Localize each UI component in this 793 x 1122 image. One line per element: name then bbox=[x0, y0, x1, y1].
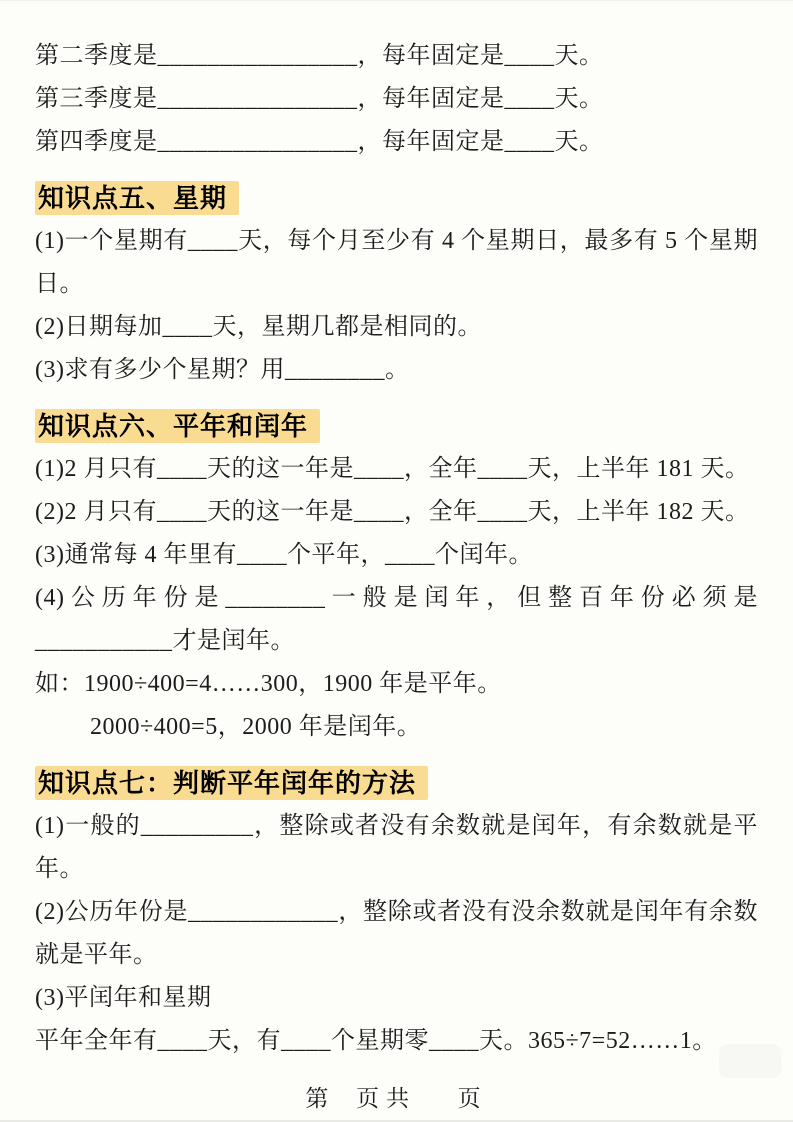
fill-blank-line-quarter-4: 第四季度是________________，每年固定是____天。 bbox=[35, 121, 758, 164]
section5-line-2: (2)日期每加____天，星期几都是相同的。 bbox=[35, 306, 758, 349]
section6-line-4: (4)公历年份是________一般是闰年，但整百年份必须是__________… bbox=[35, 577, 758, 663]
section7-line-3: (3)平闰年和星期 bbox=[35, 977, 758, 1020]
page-footer: 第 页共 页 bbox=[35, 1077, 758, 1120]
heading-highlight: 知识点六、平年和闰年 bbox=[35, 409, 320, 443]
fill-blank-line-quarter-3: 第三季度是________________，每年固定是____天。 bbox=[35, 78, 758, 121]
section-heading-5-week: 知识点五、星期 bbox=[35, 177, 758, 220]
section-heading-7-judge-method: 知识点七：判断平年闰年的方法 bbox=[35, 762, 758, 805]
fill-blank-line-quarter-2: 第二季度是________________，每年固定是____天。 bbox=[35, 35, 758, 78]
section6-line-2: (2)2 月只有____天的这一年是____，全年____天，上半年 182 天… bbox=[35, 491, 758, 534]
worksheet-page: 第二季度是________________，每年固定是____天。 第三季度是_… bbox=[0, 0, 793, 1122]
section-heading-6-common-leap-year: 知识点六、平年和闰年 bbox=[35, 405, 758, 448]
section6-example-1900: 如：1900÷400=4……300，1900 年是平年。 bbox=[35, 663, 758, 706]
watermark bbox=[719, 1044, 781, 1078]
section7-line-1: (1)一般的_________，整除或者没有余数就是闰年，有余数就是平年。 bbox=[35, 805, 758, 891]
section6-example-2000: 2000÷400=5，2000 年是闰年。 bbox=[35, 706, 758, 749]
section5-line-3: (3)求有多少个星期？用________。 bbox=[35, 349, 758, 392]
section7-line-2: (2)公历年份是____________，整除或者没有没余数就是闰年有余数就是平… bbox=[35, 891, 758, 977]
section7-line-4: 平年全年有____天，有____个星期零____天。365÷7=52……1。 bbox=[35, 1020, 758, 1063]
section6-line-1: (1)2 月只有____天的这一年是____，全年____天，上半年 181 天… bbox=[35, 448, 758, 491]
section6-line-3: (3)通常每 4 年里有____个平年，____个闰年。 bbox=[35, 534, 758, 577]
section5-line-1: (1)一个星期有____天，每个月至少有 4 个星期日，最多有 5 个星期日。 bbox=[35, 220, 758, 306]
heading-highlight: 知识点七：判断平年闰年的方法 bbox=[35, 766, 428, 800]
heading-highlight: 知识点五、星期 bbox=[35, 181, 239, 215]
